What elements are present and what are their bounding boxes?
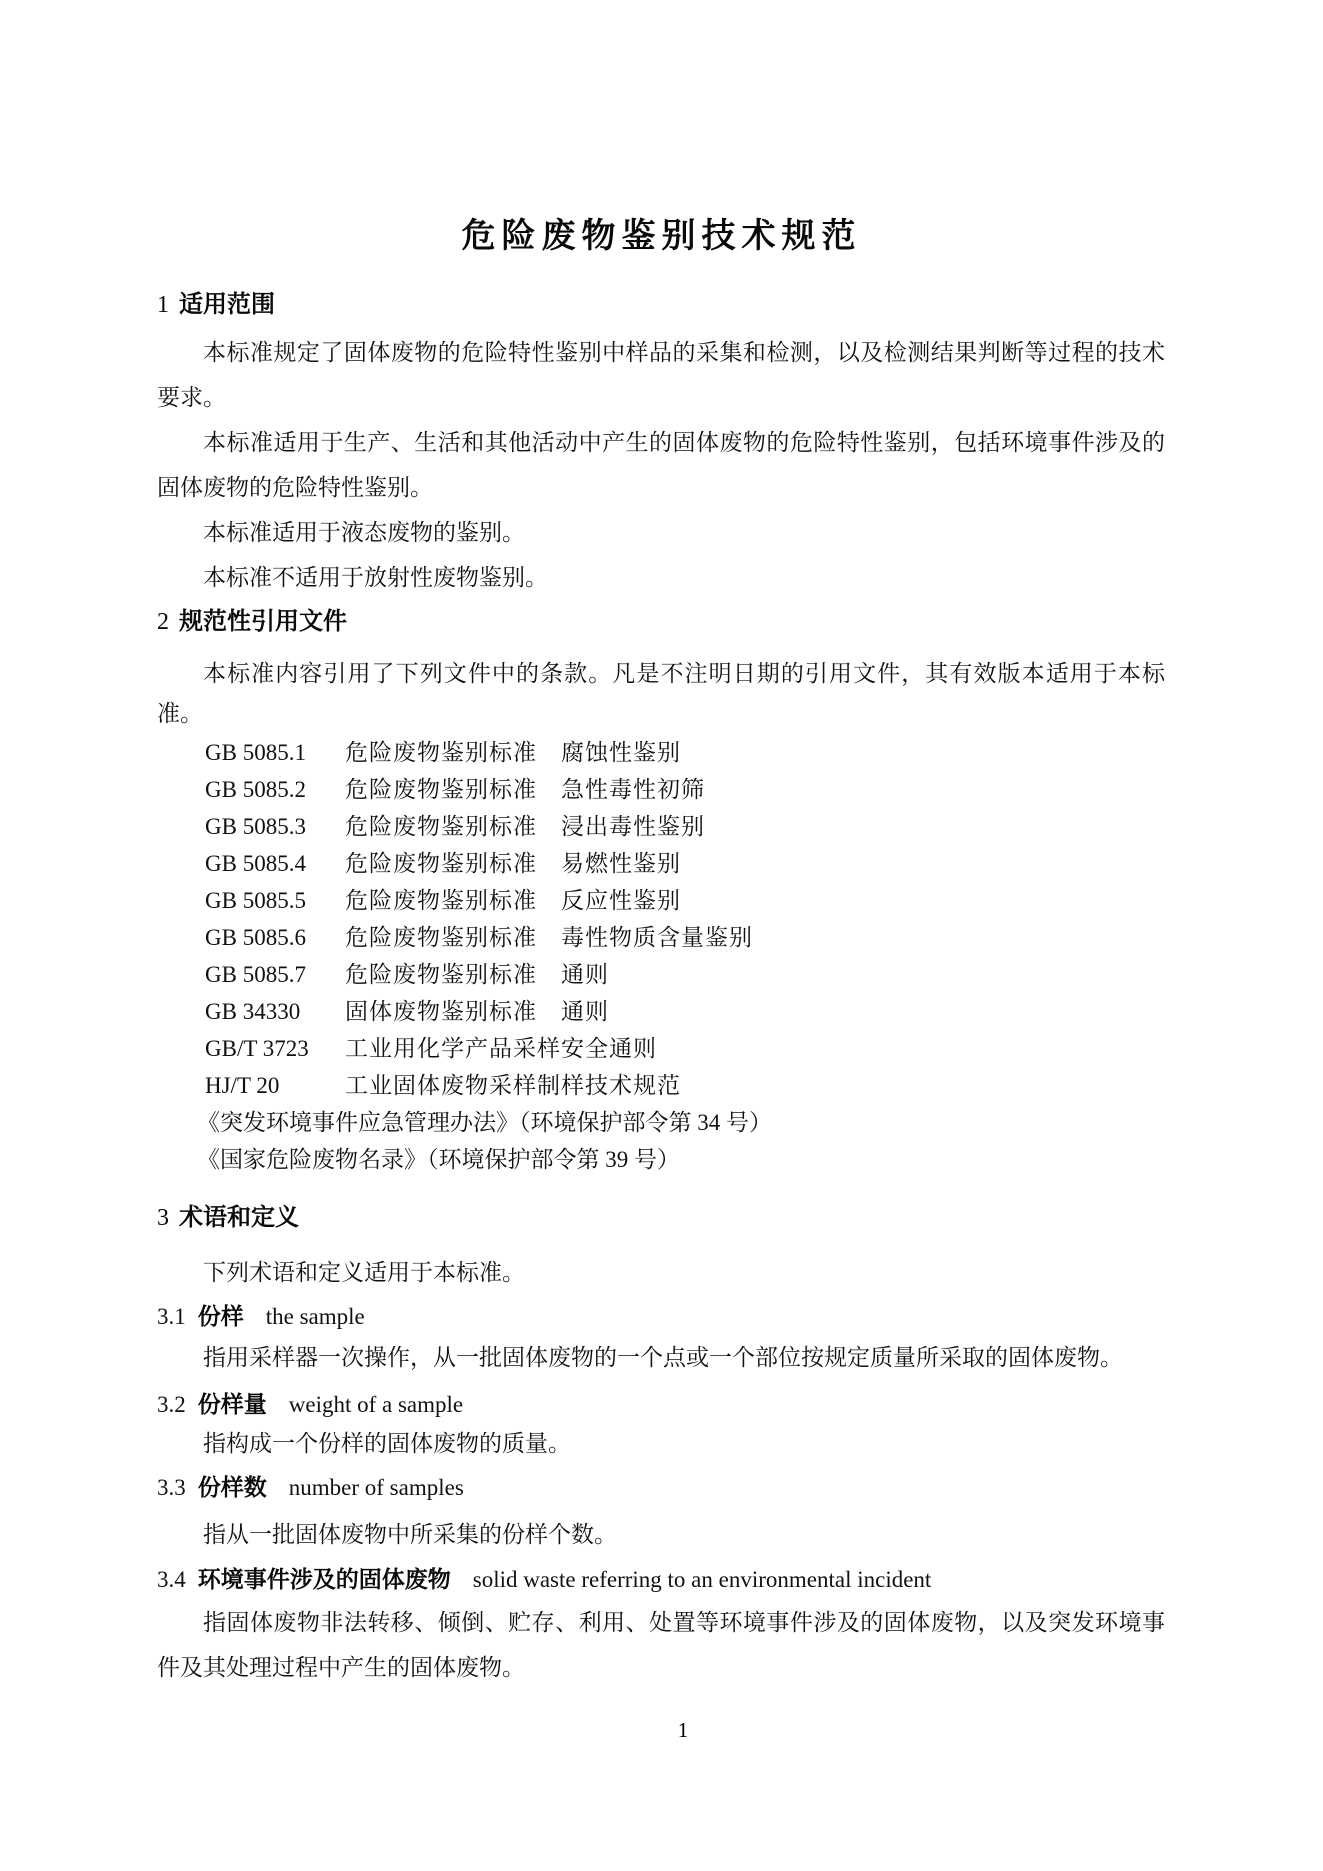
- reference-code: GB 5085.3: [205, 808, 345, 845]
- reference-title: 危险废物鉴别标准 急性毒性初筛: [345, 777, 705, 802]
- section-3-title: 术语和定义: [179, 1204, 299, 1231]
- reference-code: GB 5085.5: [205, 882, 345, 919]
- term-number: 3.3: [157, 1475, 186, 1500]
- section-3-heading: 3术语和定义: [157, 1206, 1165, 1230]
- term-zh: 份样: [198, 1303, 244, 1329]
- term-heading: 3.3份样数number of samples: [157, 1472, 1165, 1503]
- reference-row: GB 5085.1危险废物鉴别标准 腐蚀性鉴别: [157, 734, 1165, 771]
- reference-title: 工业用化学产品采样安全通则: [345, 1036, 657, 1061]
- term-en: solid waste referring to an environmenta…: [473, 1567, 932, 1592]
- reference-list: GB 5085.1危险废物鉴别标准 腐蚀性鉴别 GB 5085.2危险废物鉴别标…: [157, 734, 1165, 1178]
- reference-code: GB/T 3723: [205, 1030, 345, 1067]
- paragraph: 本标准适用于生产、生活和其他活动中产生的固体废物的危险特性鉴别，包括环境事件涉及…: [157, 420, 1165, 510]
- term-number: 3.1: [157, 1304, 186, 1329]
- term-definition: 指固体废物非法转移、倾倒、贮存、利用、处置等环境事件涉及的固体废物，以及突发环境…: [157, 1600, 1165, 1690]
- reference-row: GB 5085.4危险废物鉴别标准 易燃性鉴别: [157, 845, 1165, 882]
- reference-title: 危险废物鉴别标准 腐蚀性鉴别: [345, 740, 681, 765]
- term-zh: 份样量: [198, 1391, 267, 1417]
- reference-title: 固体废物鉴别标准 通则: [345, 999, 609, 1024]
- term-en: weight of a sample: [289, 1392, 463, 1417]
- reference-code: GB 5085.2: [205, 771, 345, 808]
- reference-row: GB 5085.2危险废物鉴别标准 急性毒性初筛: [157, 771, 1165, 808]
- reference-code: GB 34330: [205, 993, 345, 1030]
- reference-code: GB 5085.6: [205, 919, 345, 956]
- paragraph: 本标准内容引用了下列文件中的条款。凡是不注明日期的引用文件，其有效版本适用于本标…: [157, 654, 1165, 734]
- reference-row: GB 5085.3危险废物鉴别标准 浸出毒性鉴别: [157, 808, 1165, 845]
- term-en: the sample: [266, 1304, 365, 1329]
- term-zh: 份样数: [198, 1474, 267, 1500]
- term-en: number of samples: [289, 1475, 464, 1500]
- reference-code: GB 5085.1: [205, 734, 345, 771]
- section-1-heading: 1适用范围: [157, 293, 1165, 317]
- term-definition: 指从一批固体废物中所采集的份样个数。: [157, 1512, 1165, 1557]
- section-2-title: 规范性引用文件: [179, 608, 347, 635]
- term-number: 3.4: [157, 1567, 186, 1592]
- section-1-title: 适用范围: [179, 291, 275, 318]
- reference-row: GB/T 3723工业用化学产品采样安全通则: [157, 1030, 1165, 1067]
- paragraph: 本标准不适用于放射性废物鉴别。: [157, 555, 1165, 600]
- paragraph: 下列术语和定义适用于本标准。: [157, 1250, 1165, 1295]
- reference-row: GB 5085.6危险废物鉴别标准 毒性物质含量鉴别: [157, 919, 1165, 956]
- term-heading: 3.4环境事件涉及的固体废物solid waste referring to a…: [157, 1564, 1165, 1595]
- cited-document: 《突发环境事件应急管理办法》（环境保护部令第 34 号）: [157, 1104, 1165, 1141]
- term-zh: 环境事件涉及的固体废物: [198, 1566, 451, 1592]
- page-number: 1: [0, 1718, 1323, 1743]
- reference-title: 危险废物鉴别标准 易燃性鉴别: [345, 851, 681, 876]
- document-page: 危险废物鉴别技术规范 1适用范围 本标准规定了固体废物的危险特性鉴别中样品的采集…: [0, 0, 1323, 1871]
- document-content: 1适用范围 本标准规定了固体废物的危险特性鉴别中样品的采集和检测，以及检测结果判…: [157, 293, 1165, 1690]
- reference-row: HJ/T 20工业固体废物采样制样技术规范: [157, 1067, 1165, 1104]
- reference-code: GB 5085.4: [205, 845, 345, 882]
- document-title: 危险废物鉴别技术规范: [0, 216, 1323, 256]
- reference-title: 危险废物鉴别标准 反应性鉴别: [345, 888, 681, 913]
- reference-title: 工业固体废物采样制样技术规范: [345, 1073, 681, 1098]
- reference-row: GB 5085.7危险废物鉴别标准 通则: [157, 956, 1165, 993]
- term-heading: 3.1份样the sample: [157, 1301, 1165, 1332]
- reference-code: HJ/T 20: [205, 1067, 345, 1104]
- reference-title: 危险废物鉴别标准 毒性物质含量鉴别: [345, 925, 753, 950]
- term-definition: 指用采样器一次操作，从一批固体废物的一个点或一个部位按规定质量所采取的固体废物。: [157, 1335, 1165, 1380]
- section-3-number: 3: [157, 1205, 169, 1231]
- reference-title: 危险废物鉴别标准 通则: [345, 962, 609, 987]
- reference-row: GB 5085.5危险废物鉴别标准 反应性鉴别: [157, 882, 1165, 919]
- section-1-number: 1: [157, 292, 169, 318]
- paragraph: 本标准适用于液态废物的鉴别。: [157, 510, 1165, 555]
- term-number: 3.2: [157, 1392, 186, 1417]
- section-2-heading: 2规范性引用文件: [157, 610, 1165, 634]
- reference-code: GB 5085.7: [205, 956, 345, 993]
- paragraph: 本标准规定了固体废物的危险特性鉴别中样品的采集和检测，以及检测结果判断等过程的技…: [157, 330, 1165, 420]
- term-heading: 3.2份样量weight of a sample: [157, 1389, 1165, 1420]
- reference-row: GB 34330固体废物鉴别标准 通则: [157, 993, 1165, 1030]
- reference-title: 危险废物鉴别标准 浸出毒性鉴别: [345, 814, 705, 839]
- cited-document: 《国家危险废物名录》（环境保护部令第 39 号）: [157, 1141, 1165, 1178]
- section-2-number: 2: [157, 609, 169, 635]
- term-definition: 指构成一个份样的固体废物的质量。: [157, 1421, 1165, 1466]
